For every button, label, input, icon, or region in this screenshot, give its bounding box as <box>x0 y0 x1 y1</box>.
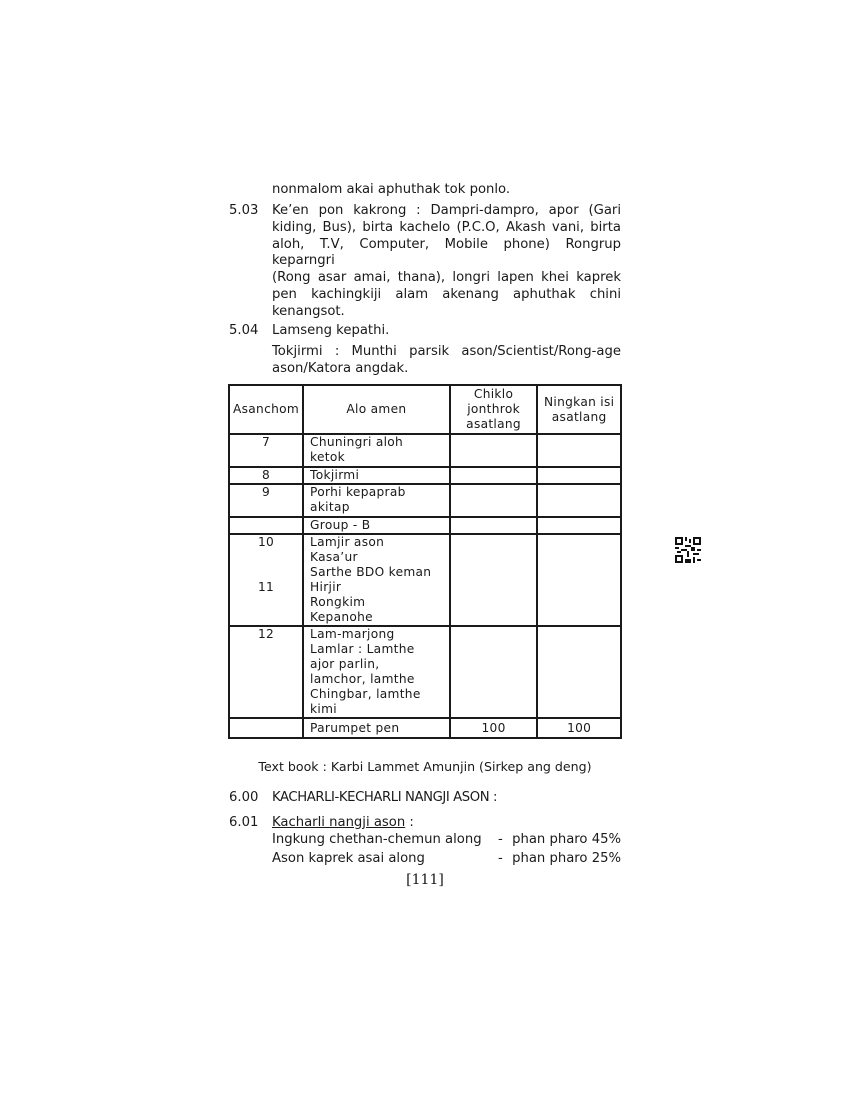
table-row: 12 Lam-marjongLamlar : Lamtheajor parlin… <box>229 626 621 718</box>
table-header-row: Asanchom Alo amen Chiklojonthrokasatlang… <box>229 385 621 434</box>
marks-cell <box>537 467 621 484</box>
unit-number: 9 <box>229 484 303 517</box>
section-6-01-heading: Kacharli nangji ason : <box>272 815 621 832</box>
marks-cell <box>450 434 538 467</box>
qr-code-icon <box>675 537 701 563</box>
section-5-03-text: Ke’en pon kakrong : Dampri-dampro, apor … <box>272 203 621 321</box>
topic-cell: Lam-marjongLamlar : Lamtheajor parlin,la… <box>303 626 450 718</box>
marks-cell <box>450 484 538 517</box>
section-5-04-title: Lamseng kepathi. <box>272 323 621 340</box>
document-page: nonmalom akai aphuthak tok ponlo. 5.03 K… <box>0 0 850 1100</box>
section-6-00-title: KACHARLI-KECHARLI NANGJI ASON : <box>272 790 621 807</box>
table-row: 8 Tokjirmi <box>229 467 621 484</box>
marks-cell <box>450 517 538 534</box>
text-line: kenangsot. <box>272 304 621 321</box>
text-line: kiding, Bus), birta kachelo (P.C.O, Akas… <box>272 220 621 237</box>
unit-number: 12 <box>229 626 303 718</box>
section-6-01-title: Kacharli nangji ason <box>272 815 405 830</box>
text-line: Tokjirmi : Munthi parsik ason/Scientist/… <box>272 344 621 361</box>
topic-cell: Chuningri alohketok <box>303 434 450 467</box>
text-line: (Rong asar amai, thana), longri lapen kh… <box>272 270 621 287</box>
table-row: 9 Porhi kepaprabakitap <box>229 484 621 517</box>
section-5-04-text: Tokjirmi : Munthi parsik ason/Scientist/… <box>272 344 621 378</box>
section-number-5-03: 5.03 <box>229 203 258 220</box>
text-line: Ke’en pon kakrong : Dampri-dampro, apor … <box>272 203 621 220</box>
marks-cell <box>537 434 621 467</box>
header-ningkan-isi-asatlang: Ningkan isiasatlang <box>537 385 621 434</box>
topic-cell: Tokjirmi <box>303 467 450 484</box>
table-row: 7 Chuningri alohketok <box>229 434 621 467</box>
topic-cell: Lamjir asonKasa’urSarthe BDO kemanHirjir… <box>303 534 450 626</box>
marks-cell <box>537 534 621 626</box>
text-line: ason/Katora angdak. <box>272 361 621 378</box>
section-number-6-00: 6.00 <box>229 790 258 807</box>
table-row: 1011 Lamjir asonKasa’urSarthe BDO kemanH… <box>229 534 621 626</box>
continued-paragraph: nonmalom akai aphuthak tok ponlo. <box>272 182 621 199</box>
unit-number: 8 <box>229 467 303 484</box>
total-marks-ningkan: 100 <box>537 718 621 738</box>
topic-cell: Porhi kepaprabakitap <box>303 484 450 517</box>
marks-cell <box>537 484 621 517</box>
unit-number: 7 <box>229 434 303 467</box>
total-label: Parumpet pen <box>303 718 450 738</box>
table-total-row: Parumpet pen 100 100 <box>229 718 621 738</box>
textbook-caption: Text book : Karbi Lammet Amunjin (Sirkep… <box>228 759 622 774</box>
group-label: Group - B <box>303 517 450 534</box>
text-line: aloh, T.V, Computer, Mobile phone) Rongr… <box>272 237 621 271</box>
header-chiklo-jonthrok-asatlang: Chiklojonthrokasatlang <box>450 385 538 434</box>
section-number-5-04: 5.04 <box>229 323 258 340</box>
marks-distribution-table: Asanchom Alo amen Chiklojonthrokasatlang… <box>228 384 622 739</box>
text-line: pen kachingkiji alam akenang aphuthak ch… <box>272 287 621 304</box>
marks-cell <box>537 626 621 718</box>
marks-cell <box>450 534 538 626</box>
unit-number <box>229 517 303 534</box>
page-number: [111] <box>0 872 850 888</box>
section-number-6-01: 6.01 <box>229 815 258 832</box>
unit-number: 1011 <box>229 534 303 626</box>
header-asanchom: Asanchom <box>229 385 303 434</box>
marks-cell <box>537 517 621 534</box>
total-marks-chiklo: 100 <box>450 718 538 738</box>
marks-cell <box>450 626 538 718</box>
table-row-group-b: Group - B <box>229 517 621 534</box>
marks-cell <box>450 467 538 484</box>
header-alo-amen: Alo amen <box>303 385 450 434</box>
unit-number <box>229 718 303 738</box>
